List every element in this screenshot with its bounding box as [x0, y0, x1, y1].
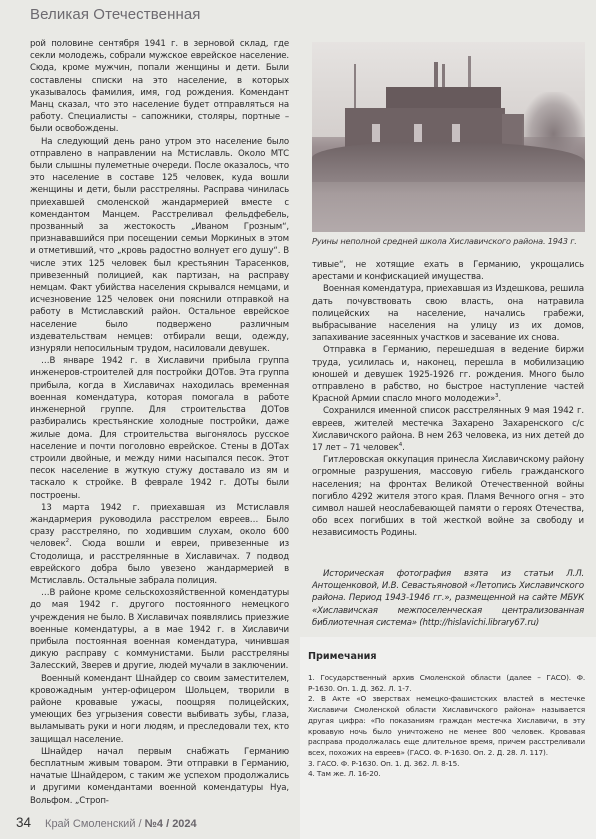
historical-photo [312, 42, 585, 232]
paragraph: …В районе кроме сельскохозяйственной ком… [30, 587, 289, 672]
paragraph: На следующий день рано утром это населен… [30, 136, 289, 356]
paragraph: рой половине сентября 1941 г. в зерновой… [30, 38, 289, 136]
photo-window [372, 124, 380, 142]
left-column: рой половине сентября 1941 г. в зерновой… [30, 38, 289, 807]
note-item: 1. Государственный архив Смоленской обла… [308, 673, 585, 694]
paragraph: 13 марта 1942 г. приехавшая из Мстиславл… [30, 502, 289, 587]
paragraph: тивые“, не хотящие ехать в Германию, укр… [312, 259, 584, 283]
photo-chimney [468, 56, 471, 88]
page-footer: 34 Край Смоленский / №4 / 2024 [16, 815, 197, 830]
paragraph: Отправка в Германию, перешедшая в ведени… [312, 344, 584, 405]
paragraph: Сохранился именной список расстрелянных … [312, 405, 584, 454]
issue-number: №4 / 2024 [145, 818, 197, 830]
photo-window [452, 124, 460, 142]
photo-source-note: Историческая фотография взята из статьи … [312, 568, 584, 629]
journal-name: Край Смоленский / [45, 818, 145, 830]
note-item: 4. Там же. Л. 16-20. [308, 769, 585, 780]
paragraph: …В январе 1942 г. в Хиславичи прибыла гр… [30, 355, 289, 501]
paragraph-text: Отправка в Германию, перешедшая в ведени… [312, 345, 584, 404]
right-column: тивые“, не хотящие ехать в Германию, укр… [312, 259, 584, 540]
photo-bushes [312, 142, 585, 182]
page-number: 34 [16, 815, 31, 830]
notes-list: 1. Государственный архив Смоленской обла… [308, 673, 585, 780]
paragraph: Шнайдер начал первым снабжать Германию б… [30, 746, 289, 807]
journal-info: Край Смоленский / №4 / 2024 [45, 818, 197, 830]
paragraph: Военная комендатура, приехавшая из Издеш… [312, 283, 584, 344]
footnote-ref[interactable]: 4 [399, 442, 402, 448]
source-text: Историческая фотография взята из статьи … [312, 568, 584, 629]
paragraph-text: . Сюда вошли и евреи, привезенные из Сто… [30, 539, 289, 586]
note-item: 3. ГАСО. Ф. Р-1630. Оп. 1. Д. 362. Л. 8-… [308, 759, 585, 770]
notes-title: Примечания [308, 651, 377, 662]
photo-window [414, 124, 422, 142]
section-title: Великая Отечественная [30, 6, 201, 23]
footnote-ref[interactable]: 3 [495, 393, 498, 399]
photo-chimney [434, 62, 438, 90]
photo-caption: Руины неполной средней школа Хиславичско… [312, 236, 587, 246]
paragraph: Военный комендант Шнайдер со своим замес… [30, 673, 289, 746]
note-item: 2. В Акте «О зверствах немецко-фашистски… [308, 694, 585, 758]
paragraph-text: Сохранился именной список расстрелянных … [312, 406, 584, 453]
paragraph: Гитлеровская оккупация принесла Хиславич… [312, 454, 584, 539]
